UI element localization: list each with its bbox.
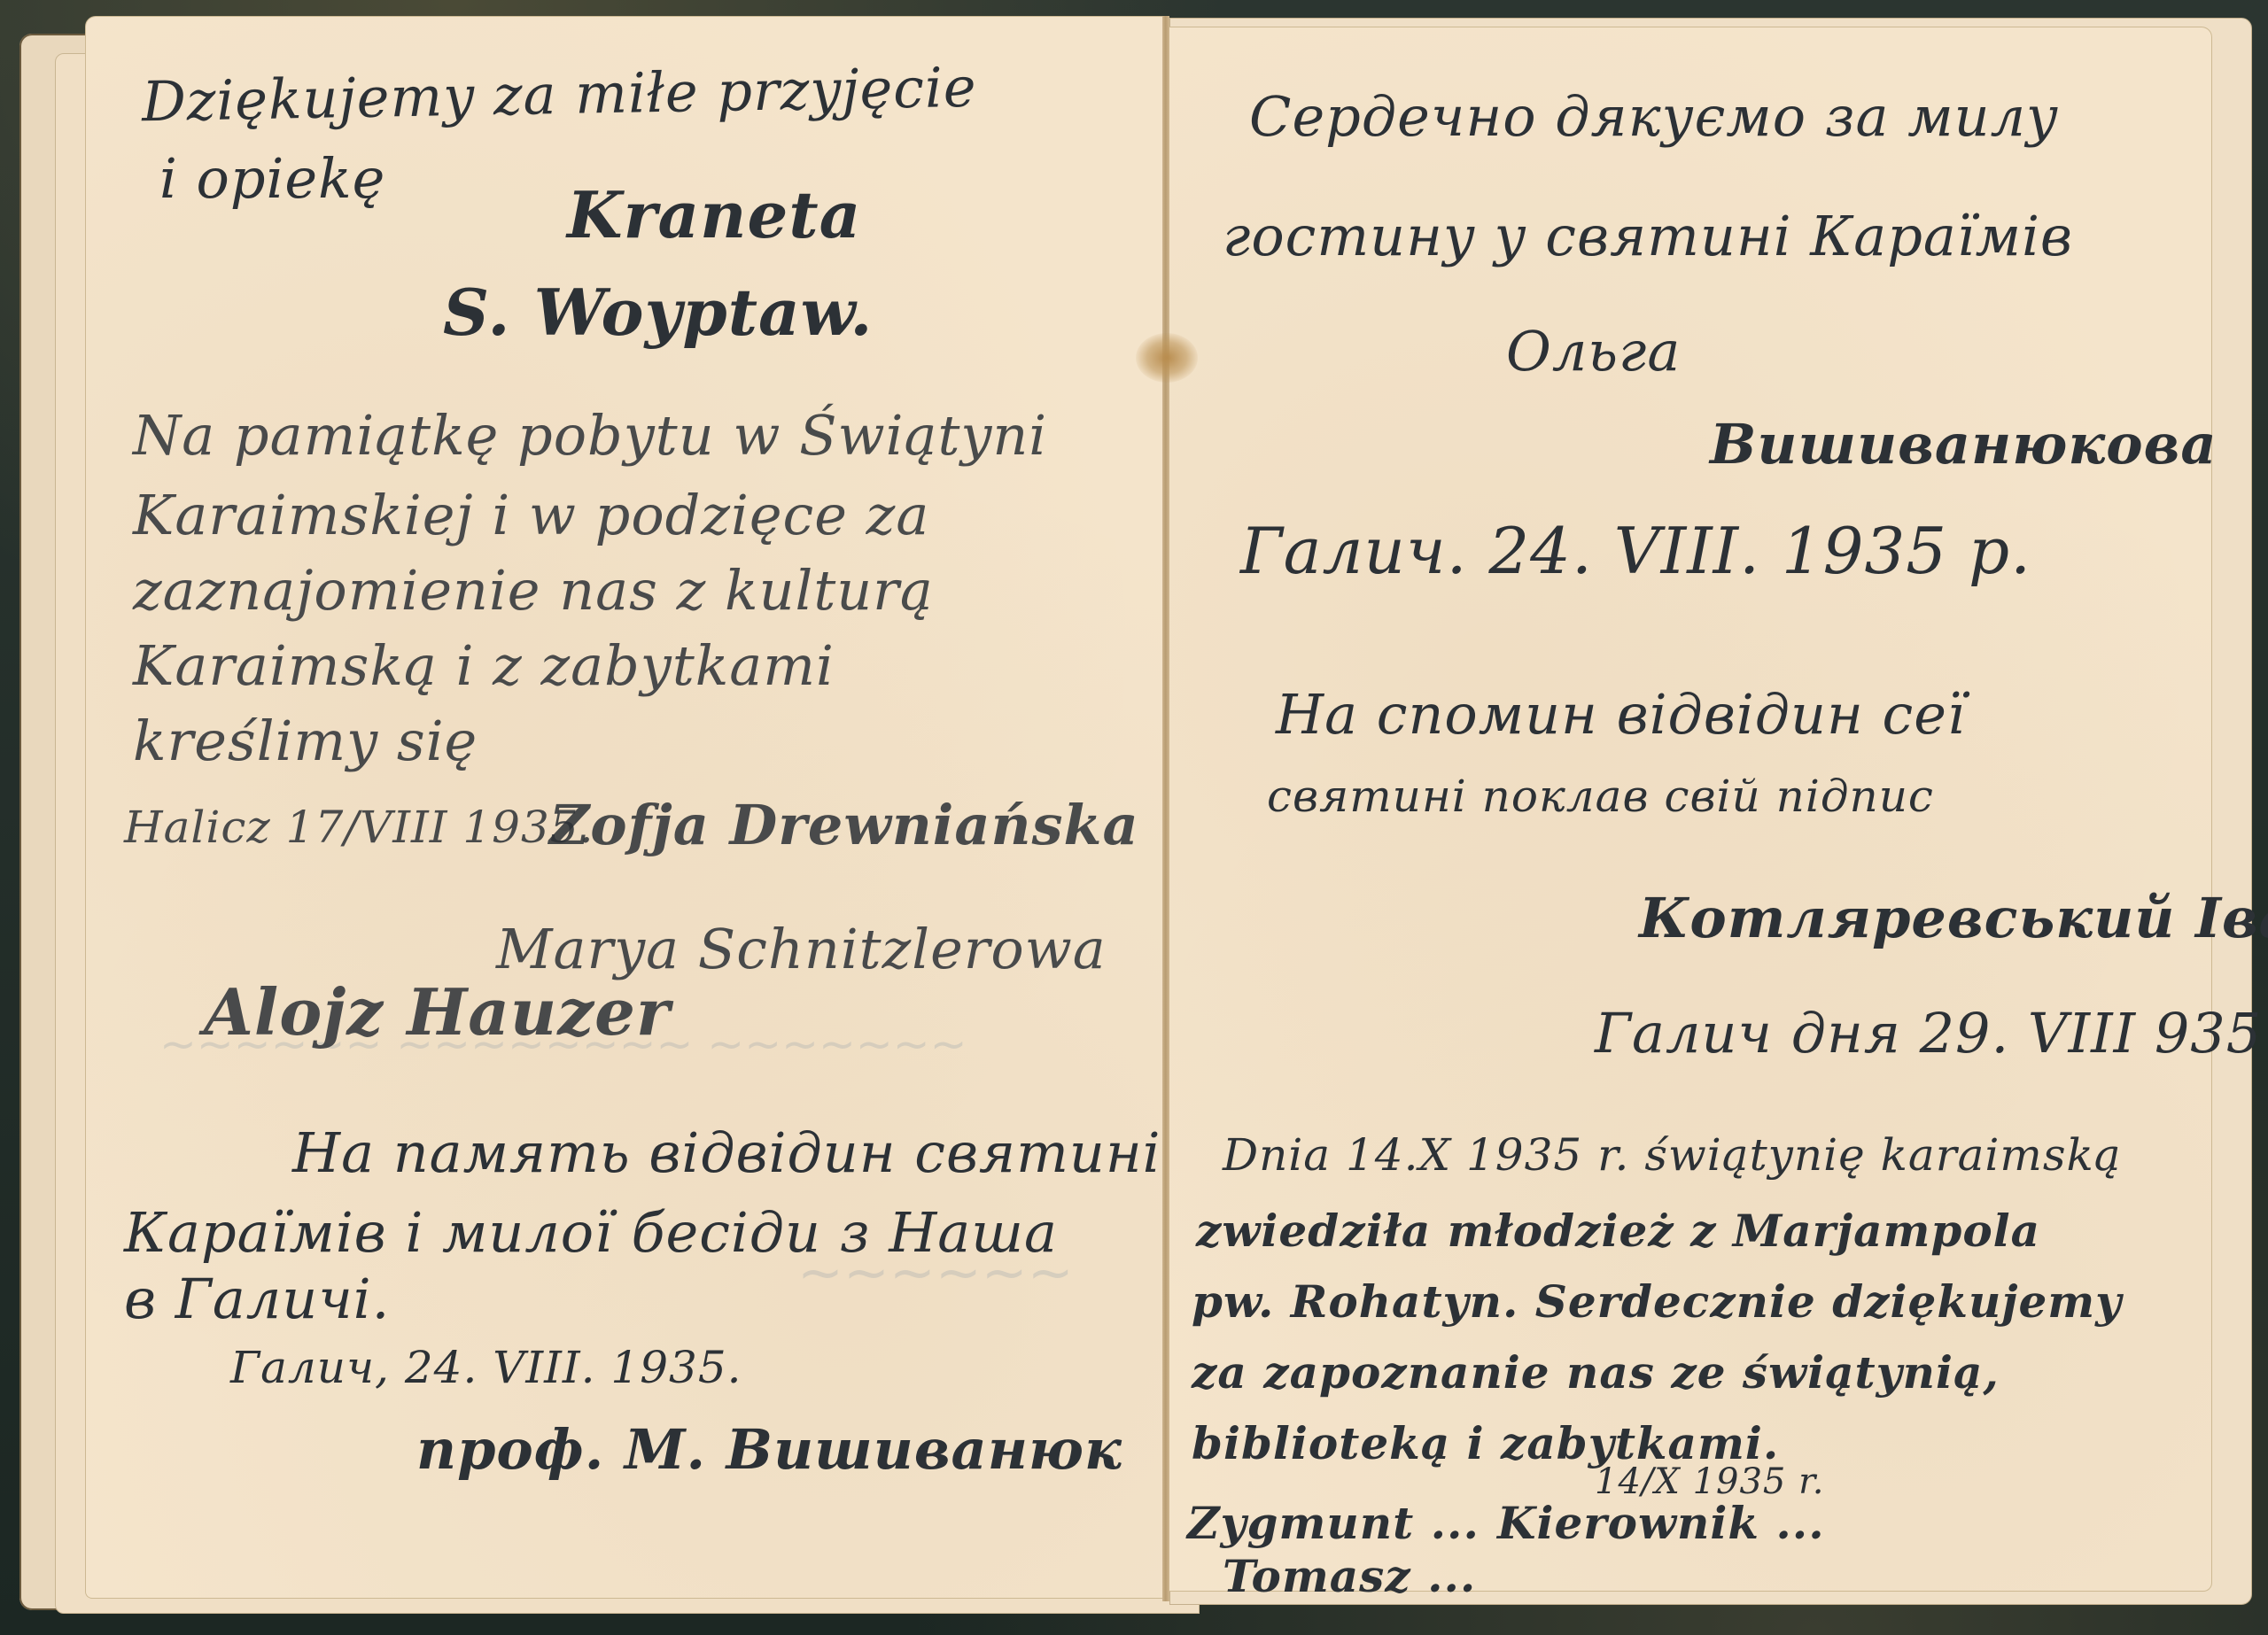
signature: Zygmunt ... bbox=[1187, 1497, 1480, 1549]
signature: проф. М. Вишиванюк bbox=[416, 1417, 1122, 1482]
signature: Котляревський Іван bbox=[1639, 886, 2268, 950]
book-gutter bbox=[1162, 16, 1169, 1601]
entry-text-line: Karaimskiej i w podzięce za bbox=[133, 483, 929, 547]
signature: Tomasz ... bbox=[1223, 1550, 1476, 1602]
entry-text-line: zwiedziła młodzież z Marjampola bbox=[1196, 1205, 2040, 1257]
entry-text-line: Сердечно дякуємо за милу bbox=[1249, 84, 2059, 149]
stain-mark bbox=[1136, 333, 1198, 383]
entry-text-line: святині поклав свій підпис bbox=[1267, 771, 1934, 822]
signature: S. Woyptaw. bbox=[443, 275, 873, 350]
place-date: Галич, 24. VIII. 1935. bbox=[230, 1342, 742, 1393]
entry-text-line: в Галичі. bbox=[124, 1267, 390, 1331]
signature: Вишиванюкова bbox=[1710, 412, 2218, 477]
place-date: Галич. 24. VIII. 1935 р. bbox=[1240, 514, 2031, 588]
entry-text-line: i opiekę bbox=[159, 146, 385, 211]
signature: Kierownik ... bbox=[1497, 1497, 1825, 1549]
entry-text-line: Караїмів і милої бесіди з Наша bbox=[124, 1200, 1058, 1265]
place-date: Halicz 17/VIII 1935. bbox=[124, 802, 594, 853]
entry-text-line: za zapoznanie nas ze świątynią, bbox=[1192, 1346, 2000, 1399]
signature: Zofja Drewniańska bbox=[549, 793, 1139, 857]
entry-text-line: гостину у святині Караїмів bbox=[1223, 204, 2073, 268]
entry-text-line: Na pamiątkę pobytu w Świątyni bbox=[133, 403, 1047, 468]
entry-text-line: pw. Rohatyn. Serdecznie dziękujemy bbox=[1192, 1275, 2122, 1328]
place-date: Галич дня 29. VIII 935 bbox=[1595, 1001, 2262, 1065]
entry-text-line: На спомин відвідин сеї bbox=[1276, 682, 1966, 747]
signature: Alojz Hauzer bbox=[204, 974, 671, 1050]
signature: Kraneta bbox=[567, 177, 861, 252]
entry-text-line: zaznajomienie nas z kulturą bbox=[133, 558, 934, 623]
entry-text-line: На память відвідин святині bbox=[292, 1120, 1161, 1185]
signature: Ольга bbox=[1506, 319, 1681, 384]
entry-text-line: Dnia 14.X 1935 r. świątynię karaimską bbox=[1223, 1129, 2122, 1181]
entry-text-line: kreślimy się bbox=[133, 709, 478, 773]
entry-text-line: Karaimską i z zabytkami bbox=[133, 633, 835, 698]
signature: Marya Schnitzlerowa bbox=[496, 917, 1107, 981]
